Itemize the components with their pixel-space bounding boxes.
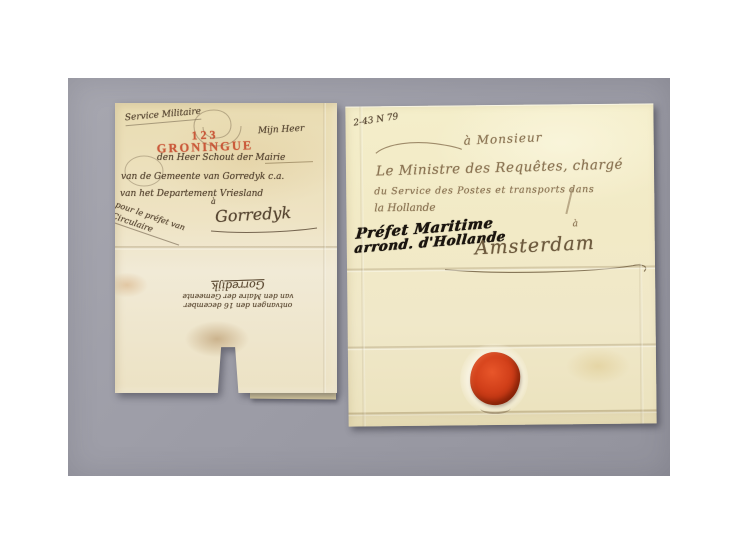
destination: Amsterdam xyxy=(474,233,595,259)
address-line2: van de Gemeente van Gorredyk c.a. xyxy=(121,173,284,183)
left-letter-paper: Service Militaire 123 GRONINGUE Mijn Hee… xyxy=(115,103,337,393)
left-edge-crease xyxy=(359,106,365,426)
letters-photograph: Service Militaire 123 GRONINGUE Mijn Hee… xyxy=(68,78,670,476)
destination-prefix: à xyxy=(211,198,216,207)
horizontal-fold xyxy=(115,246,337,250)
address-line1: Le Ministre des Requêtes, chargé xyxy=(376,158,623,180)
reverse-manuscript-block: ontvangen den 16 december van den Maire … xyxy=(167,279,309,310)
left-letter: Service Militaire 123 GRONINGUE Mijn Hee… xyxy=(115,103,337,393)
destination: Gorredyk xyxy=(215,204,292,226)
destination-prefix: à xyxy=(573,220,578,230)
address-salutation: à Monsieur xyxy=(463,131,542,148)
right-letter: 2-43 N 79 à Monsieur Le Ministre des Req… xyxy=(345,103,656,426)
right-edge-crease xyxy=(323,103,326,393)
reverse-note-line3: ontvangen den 16 december xyxy=(167,301,309,310)
ink-dash xyxy=(265,161,313,164)
ink-swash-icon xyxy=(374,139,464,156)
address-line3: van het Departement Vriesland xyxy=(120,190,263,200)
address-salutation: Mijn Heer xyxy=(258,125,305,137)
diagonal-manuscript-note: pour le préfet van Circulaire xyxy=(110,201,186,246)
underline-flourish-icon xyxy=(209,225,321,235)
address-line2: du Service des Postes et transports dans xyxy=(374,185,594,198)
auction-photo-page: Service Militaire 123 GRONINGUE Mijn Hee… xyxy=(0,0,740,557)
address-line3: la Hollande xyxy=(374,203,435,215)
